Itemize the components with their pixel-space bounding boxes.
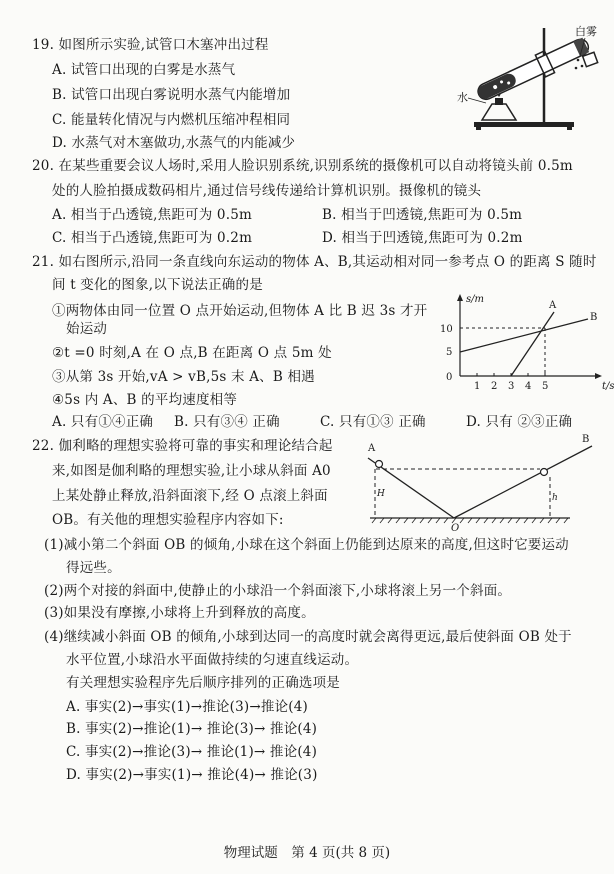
label-o: O (451, 523, 459, 534)
q22-step-1-cont: 得远些。 (66, 559, 121, 577)
page-footer: 物理试题 第 4 页(共 8 页) (0, 841, 614, 861)
series-b-line (460, 319, 588, 352)
q21-option-c: C. 只有①③ 正确 (320, 413, 426, 431)
q22-stem-line1: 22. 伽利略的理想实验将可靠的事实和理论结合起 (32, 437, 333, 455)
q21-statement-2: ②t =0 时刻,A 在 O 点,B 在距离 O 点 5m 处 (52, 344, 332, 362)
svg-text:0: 0 (446, 372, 452, 383)
q19-option-c: C. 能量转化情况与内燃机压缩冲程相同 (52, 111, 290, 129)
q22-step-2: (2)两个对接的斜面中,使静止的小球沿一个斜面滚下,小球将滚上另一个斜面。 (44, 582, 511, 600)
q22-option-a: A. 事实(2)→事实(1)→推论(3)→推论(4) (66, 698, 308, 716)
q21-statement-1: ①两物体由同一位置 O 点开始运动,但物体 A 比 B 迟 3s 才开 (52, 302, 427, 320)
q22-stem-line4: OB。有关他的理想实验程序内容如下: (52, 511, 284, 529)
series-b-label: B (590, 312, 597, 323)
svg-text:5: 5 (542, 381, 548, 392)
series-a-label: A (548, 300, 557, 311)
label-water: 水 (457, 90, 468, 104)
svg-text:5: 5 (446, 347, 452, 358)
label-mist: 白雾 (575, 25, 597, 38)
q21-option-a: A. 只有①④正确 (52, 413, 153, 431)
q21-stem-line1: 21. 如右图所示,沿同一条直线向东运动的物体 A、B,其运动相对同一参考点 O… (32, 253, 597, 271)
svg-text:4: 4 (525, 381, 531, 392)
q22-question: 有关理想实验程序先后顺序排列的正确选项是 (66, 674, 340, 692)
q22-step-4: (4)继续减小斜面 OB 的倾角,小球到达同一的高度时就会离得更远,最后使斜面 … (44, 628, 572, 646)
q22-step-1: (1)减小第二个斜面 OB 的倾角,小球在这个斜面上仍能到达原来的高度,但这时它… (44, 536, 569, 554)
q21-option-d: D. 只有 ②③正确 (466, 413, 572, 431)
label-h: h (552, 493, 558, 503)
q21-stem-line2: 间 t 变化的图象,以下说法正确的是 (52, 276, 263, 294)
q21-statement-1-cont: 始运动 (66, 320, 107, 338)
q20-option-c: C. 相当于凸透镜,焦距可为 0.2m (52, 229, 252, 247)
q21-statement-4: ④5s 内 A、B 的平均速度相等 (52, 391, 237, 409)
series-a-line (511, 312, 554, 376)
q20-stem-line2: 处的人脸拍摄成数码相片,通过信号线传递给计算机识别。摄像机的镜头 (52, 182, 481, 200)
inclined-plane-figure: A B O H h (370, 432, 614, 532)
q22-option-c: C. 事实(2)→推论(3)→ 推论(1)→ 推论(4) (66, 743, 317, 761)
y-axis-label: s/m (466, 294, 484, 305)
label-a: A (367, 443, 376, 454)
q19-option-d: D. 水蒸气对木塞做功,水蒸气的内能减少 (52, 134, 295, 152)
label-b: B (582, 434, 589, 445)
svg-text:3: 3 (508, 381, 514, 392)
label-H: H (376, 489, 385, 499)
q20-stem-line1: 20. 在某些重要会议人场时,采用人脸识别系统,识别系统的摄像机可以自动将镜头前… (32, 157, 573, 175)
svg-text:10: 10 (440, 324, 453, 335)
q22-option-d: D. 事实(2)→事实(1)→ 推论(4)→ 推论(3) (66, 766, 318, 784)
svg-text:2: 2 (491, 381, 497, 392)
q20-option-a: A. 相当于凸透镜,焦距可为 0.5m (52, 206, 252, 224)
q22-option-b: B. 事实(2)→推论(1)→ 推论(3)→ 推论(4) (66, 720, 317, 738)
s-t-graph: s/m t/s 0 5 10 1 2 3 4 5 B A (440, 290, 614, 395)
q22-stem-line2: 来,如图是伽利略的理想实验,让小球从斜面 A0 (52, 462, 331, 480)
q19-option-a: A. 试管口出现的白雾是水蒸气 (52, 61, 235, 79)
x-axis-label: t/s (602, 381, 614, 392)
q21-statement-3: ③从第 3s 开始,vA > vB,5s 末 A、B 相遇 (52, 368, 315, 386)
q19-option-b: B. 试管口出现白雾说明水蒸气内能增加 (52, 86, 290, 104)
q20-option-b: B. 相当于凹透镜,焦距可为 0.5m (322, 206, 522, 224)
q19-stem: 19. 如图所示实验,试管口木塞冲出过程 (32, 36, 269, 54)
q22-step-3: (3)如果没有摩擦,小球将上升到释放的高度。 (44, 604, 315, 622)
q21-option-b: B. 只有③④ 正确 (174, 413, 280, 431)
svg-text:1: 1 (474, 381, 480, 392)
q20-option-d: D. 相当于凹透镜,焦距可为 0.2m (322, 229, 523, 247)
q22-stem-line3: 上某处静止释放,沿斜面滚下,经 O 点滚上斜面 (52, 487, 328, 505)
q22-step-4-cont: 水平位置,小球沿水平面做持续的匀速直线运动。 (66, 651, 358, 669)
test-tube-apparatus-figure: 白雾 水 (440, 20, 614, 130)
